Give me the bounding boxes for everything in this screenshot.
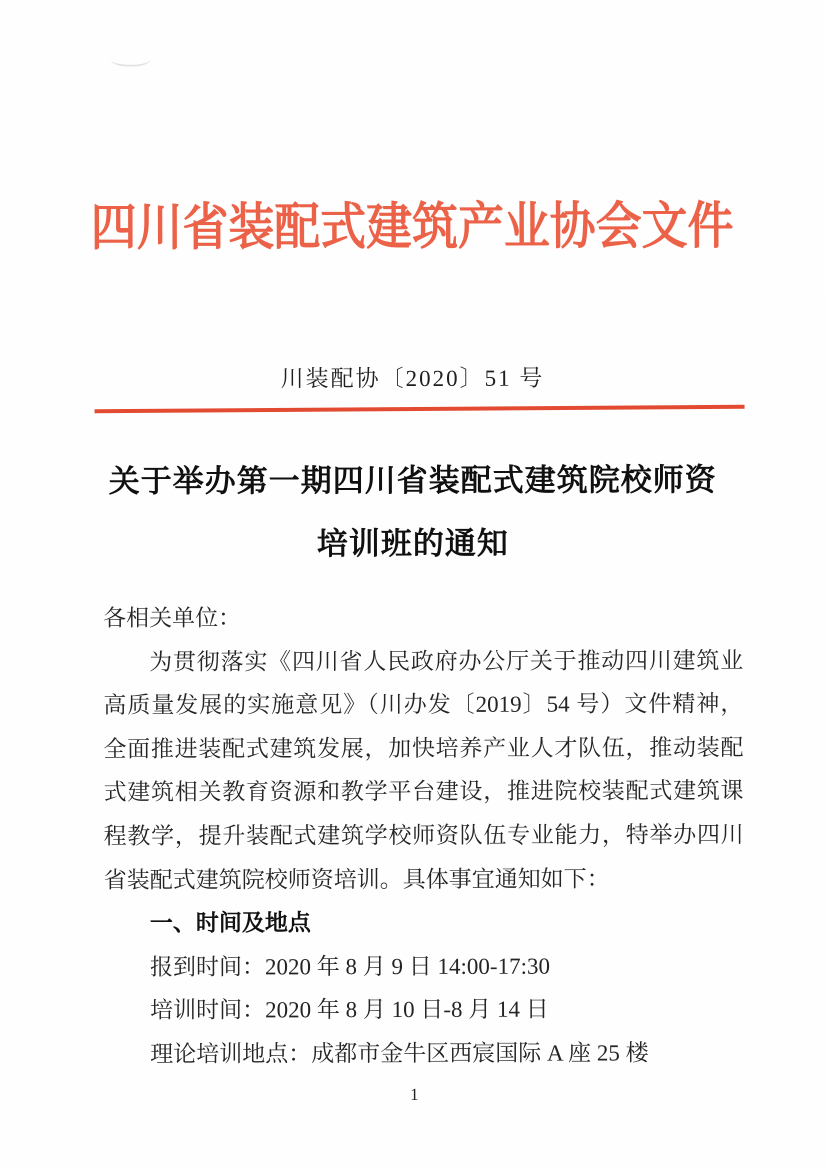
scanned-document-page: 四川省装配式建筑产业协会文件 川装配协〔2020〕51 号 关于举办第一期四川省…	[0, 0, 826, 1168]
red-header-rule	[95, 405, 745, 414]
document-title-line1: 关于举办第一期四川省装配式建筑院校师资	[0, 448, 826, 513]
detail-line-training-location: 理论培训地点：成都市金牛区西宸国际 A 座 25 楼	[104, 1031, 744, 1076]
body-line: 式建筑相关教育资源和教学平台建设，推进院校装配式建筑课	[103, 770, 743, 815]
scan-artifact-mark	[111, 53, 151, 67]
salutation: 各相关单位：	[103, 595, 743, 640]
body-line: 高质量发展的实施意见》（川办发〔2019〕54 号）文件精神，	[103, 682, 743, 727]
document-body: 各相关单位： 为贯彻落实《四川省人民政府办公厅关于推动四川建筑业 高质量发展的实…	[103, 595, 744, 1076]
body-line: 为贯彻落实《四川省人民政府办公厅关于推动四川建筑业	[103, 639, 743, 684]
section-heading-time-and-place: 一、时间及地点	[104, 900, 744, 945]
document-header-org-title: 四川省装配式建筑产业协会文件	[40, 184, 784, 260]
document-number: 川装配协〔2020〕51 号	[0, 359, 825, 394]
body-line: 程教学，提升装配式建筑学校师资队伍专业能力，特举办四川	[104, 813, 744, 858]
body-line: 省装配式建筑院校师资培训。具体事宜通知如下：	[104, 857, 744, 902]
detail-line-registration-time: 报到时间：2020 年 8 月 9 日 14:00-17:30	[104, 944, 744, 989]
document-title-line2: 培训班的通知	[0, 511, 826, 576]
page-number: 1	[1, 1084, 826, 1106]
detail-line-training-time: 培训时间：2020 年 8 月 10 日-8 月 14 日	[104, 987, 744, 1032]
body-line: 全面推进装配式建筑发展，加快培养产业人才队伍，推动装配	[103, 726, 743, 771]
document-title: 关于举办第一期四川省装配式建筑院校师资 培训班的通知	[0, 448, 826, 576]
